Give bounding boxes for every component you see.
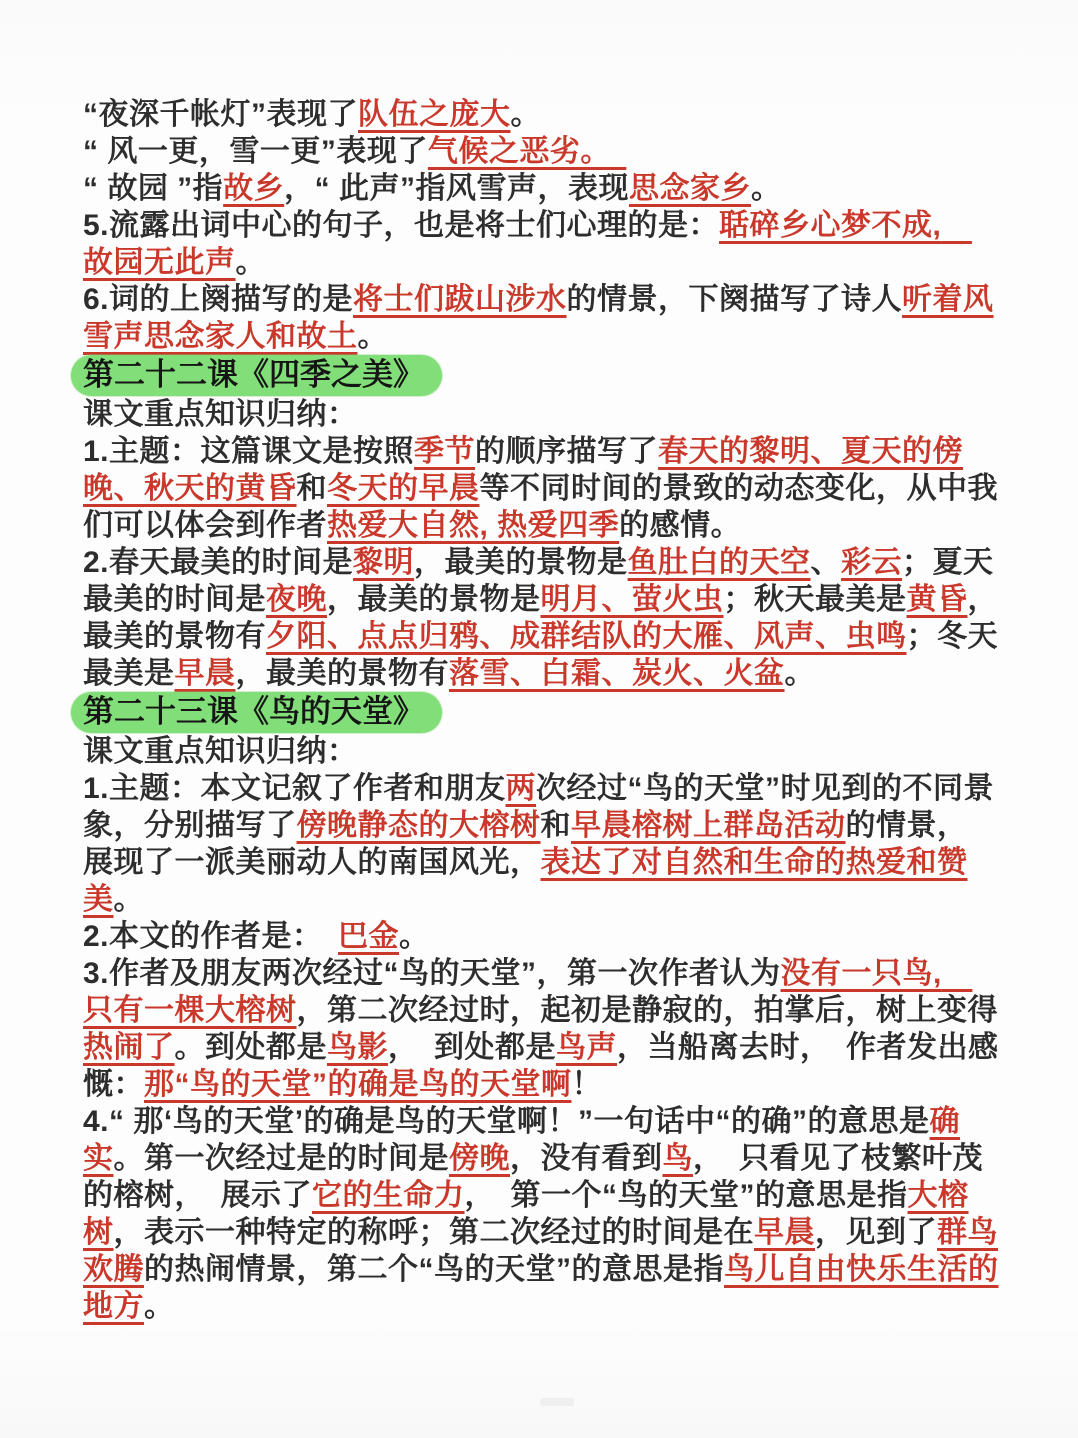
- key-term-red-underlined: 那“鸟的天堂”的确是鸟的天堂啊: [144, 1068, 572, 1101]
- text-run: “ 故园 ”指: [83, 172, 223, 205]
- text-run: 。: [399, 920, 430, 953]
- key-term-red-underlined: 季节: [414, 435, 475, 468]
- text-run: 。: [751, 172, 782, 205]
- text-run: 。第一次经过是的时间是: [114, 1142, 450, 1175]
- key-term-red-underlined: 傍晚静态的大榕树: [297, 809, 541, 842]
- lesson-heading-highlight: 第二十二课《四季之美》: [71, 355, 442, 396]
- note-paragraph: “夜深千帐灯”表现了队伍之庞大。: [83, 96, 1002, 133]
- text-run: 。到处都是: [175, 1031, 328, 1064]
- text-run: 2.本文的作者是：: [83, 920, 338, 953]
- key-term-red-underlined: 两: [506, 772, 537, 805]
- note-paragraph: 5.流露出词中心的句子，也是将士们心理的是：聒碎乡心梦不成, 故园无此声。: [83, 207, 1002, 281]
- text-run: ，表示一种特定的称呼；第二次经过的时间是在: [114, 1216, 755, 1249]
- text-run: 6.词的上阕描写的是: [83, 283, 353, 316]
- text-run: 。: [236, 246, 267, 279]
- note-paragraph: “ 风一更，雪一更”表现了气候之恶劣。: [83, 133, 1002, 170]
- key-term-red-underlined: 早晨榕树上群岛活动: [571, 809, 846, 842]
- key-term-red-underlined: 黄昏: [907, 583, 968, 616]
- text-run: ，最美的景物有: [236, 657, 450, 690]
- key-term-red-underlined: 夜晚: [266, 583, 327, 616]
- photo-smudge: [540, 1398, 574, 1406]
- text-run: 2.春天最美的时间是: [83, 546, 353, 579]
- text-run: 。: [511, 98, 542, 131]
- text-run: ，最美的景物是: [327, 583, 541, 616]
- key-term-red-underlined: 气候之恶劣。: [428, 135, 627, 168]
- key-term-red-underlined: 傍晚: [449, 1142, 510, 1175]
- text-run: ，“ 此声”指风雪声，表现: [284, 172, 629, 205]
- key-term-red-underlined: 故乡: [223, 172, 284, 205]
- text-run: “ 风一更，雪一更”表现了: [83, 135, 428, 168]
- text-run: 的情景，下阕描写了诗人: [567, 283, 903, 316]
- key-term-red-underlined: 鸟声: [556, 1031, 617, 1064]
- document-body: “夜深千帐灯”表现了队伍之庞大。“ 风一更，雪一更”表现了气候之恶劣。 “ 故园…: [83, 96, 1002, 1325]
- text-run: ；秋天最美是: [724, 583, 907, 616]
- key-term-red-underlined: 将士们跋山涉水: [353, 283, 567, 316]
- notes-page: “夜深千帐灯”表现了队伍之庞大。“ 风一更，雪一更”表现了气候之恶劣。 “ 故园…: [0, 0, 1078, 1438]
- note-paragraph: 课文重点知识归纳：: [83, 396, 1002, 433]
- key-term-red-underlined: 早晨: [175, 657, 236, 690]
- text-run: 的热闹情景，第二个“鸟的天堂”的意思是指: [144, 1253, 724, 1286]
- text-run: ，没有看到: [510, 1142, 663, 1175]
- key-term-red-underlined: 它的生命力: [312, 1179, 465, 1212]
- text-run: 课文重点知识归纳：: [83, 398, 358, 431]
- text-run: 。: [358, 320, 389, 353]
- text-run: 4.“ 那‘鸟的天堂’的确是鸟的天堂啊！”一句话中“的确”的意思是: [83, 1105, 930, 1138]
- key-term-red-underlined: 黎明: [353, 546, 414, 579]
- text-run: 课文重点知识归纳：: [83, 735, 358, 768]
- key-term-red-underlined: 夕阳、点点归鸦、成群结队的大雁、风声、虫鸣: [266, 620, 907, 653]
- text-run: “夜深千帐灯”表现了: [83, 98, 358, 131]
- key-term-red-underlined: 彩云: [841, 546, 902, 579]
- note-paragraph: 3.作者及朋友两次经过“鸟的天堂”，第一次作者认为没有一只鸟, 只有一棵大榕树，…: [83, 955, 1002, 1103]
- text-run: ， 第一个“鸟的天堂”的意思是指: [465, 1179, 908, 1212]
- key-term-red-underlined: 队伍之庞大: [358, 98, 511, 131]
- key-term-red-underlined: 热爱大自然, 热爱四季: [327, 509, 619, 542]
- key-term-red-underlined: 明月、萤火虫: [541, 583, 724, 616]
- note-paragraph: 2.春天最美的时间是黎明，最美的景物是鱼肚白的天空、彩云；夏天最美的时间是夜晚，…: [83, 544, 1002, 692]
- key-term-red-underlined: 鸟: [663, 1142, 694, 1175]
- key-term-red-underlined: 鸟影: [327, 1031, 388, 1064]
- key-term-red-underlined: 早晨: [754, 1216, 815, 1249]
- key-term-red-underlined: 冬天的早晨: [327, 472, 480, 505]
- key-term-red-underlined: 巴金: [338, 920, 399, 953]
- text-run: 。: [114, 883, 145, 916]
- lesson-heading: 第二十三课《鸟的天堂》: [83, 692, 1002, 733]
- text-run: 的顺序描写了: [475, 435, 658, 468]
- key-term-red-underlined: 思念家乡: [629, 172, 751, 205]
- note-paragraph: 2.本文的作者是： 巴金。: [83, 918, 1002, 955]
- text-run: ，见到了: [815, 1216, 937, 1249]
- text-run: 和: [541, 809, 572, 842]
- note-paragraph: 1.主题：本文记叙了作者和朋友两次经过“鸟的天堂”时见到的不同景象，分别描写了傍…: [83, 770, 1002, 918]
- lesson-heading: 第二十二课《四季之美》: [83, 355, 1002, 396]
- note-paragraph: “ 故园 ”指故乡，“ 此声”指风雪声，表现思念家乡。: [83, 170, 1002, 207]
- key-term-red-underlined: 鱼肚白的天空: [628, 546, 811, 579]
- text-run: 1.主题：这篇课文是按照: [83, 435, 414, 468]
- text-run: 1.主题：本文记叙了作者和朋友: [83, 772, 506, 805]
- note-paragraph: 1.主题：这篇课文是按照季节的顺序描写了春天的黎明、夏天的傍晚、秋天的黄昏和冬天…: [83, 433, 1002, 544]
- note-paragraph: 6.词的上阕描写的是将士们跋山涉水的情景，下阕描写了诗人听着风雪声思念家人和故土…: [83, 281, 1002, 355]
- text-run: 3.作者及朋友两次经过“鸟的天堂”，第一次作者认为: [83, 957, 781, 990]
- text-run: ！: [572, 1068, 603, 1101]
- lesson-heading-highlight: 第二十三课《鸟的天堂》: [71, 692, 442, 733]
- text-run: 。: [785, 657, 816, 690]
- text-run: 、: [811, 546, 842, 579]
- key-term-red-underlined: 落雪、白霜、炭火、火盆: [449, 657, 785, 690]
- text-run: 的感情。: [619, 509, 741, 542]
- text-run: ，第二次经过时，起初是静寂的，拍掌后，树上变得: [297, 994, 999, 1027]
- text-run: 5.流露出词中心的句子，也是将士们心理的是：: [83, 209, 719, 242]
- text-run: ， 到处都是: [388, 1031, 556, 1064]
- note-paragraph: 课文重点知识归纳：: [83, 733, 1002, 770]
- note-paragraph: 4.“ 那‘鸟的天堂’的确是鸟的天堂啊！”一句话中“的确”的意思是确实。第一次经…: [83, 1103, 1002, 1325]
- key-term-red-underlined: 热闹了: [83, 1031, 175, 1064]
- text-run: 。: [144, 1290, 175, 1323]
- text-run: 和: [297, 472, 328, 505]
- text-run: ，最美的景物是: [414, 546, 628, 579]
